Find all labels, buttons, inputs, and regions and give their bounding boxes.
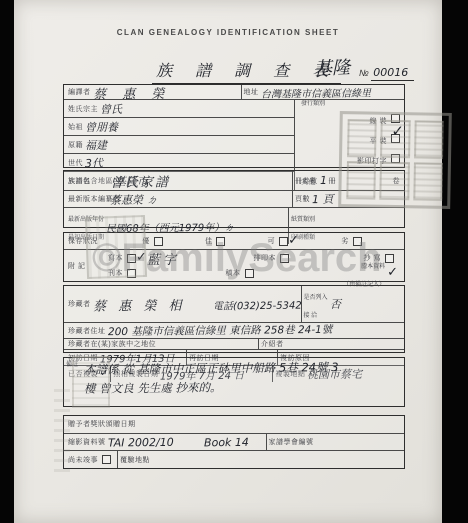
transcript-label-1: 謄本資料 bbox=[359, 264, 387, 270]
note-opt-draft: 稿本 bbox=[224, 268, 243, 278]
scan-background: CLAN GENEALOGY IDENTIFICATION SHEET 族 譜 … bbox=[0, 0, 468, 523]
origin-value: 福建 bbox=[85, 137, 107, 153]
block-archive: 贈予者獎狀頒贈日期 縮影資料號 TAI 2002/10 Book 14 家譜學會… bbox=[63, 415, 405, 469]
compiler-label: 編譯者 bbox=[66, 87, 93, 97]
pages-label: 頁數 bbox=[293, 194, 312, 204]
address-value: 台灣基隆市信義區信綠里 bbox=[260, 84, 370, 100]
no-value: 00016 bbox=[371, 66, 414, 81]
microfilm-label: 縮影資料號 bbox=[66, 437, 108, 447]
block-owner: 珍藏者 蔡 惠 榮 相 電話(032)25-5342 是否列入 接 洽 否 珍藏… bbox=[63, 285, 405, 353]
binding-opt-paperback: 平 裝 bbox=[368, 138, 389, 145]
microfilm-value: TAI 2002/10 bbox=[107, 435, 203, 449]
introducer-label: 介紹者 bbox=[259, 339, 286, 349]
listed-value: 否 bbox=[329, 296, 340, 312]
notes-label: 附 記 bbox=[66, 261, 106, 271]
ancestor-label: 始祖 bbox=[66, 122, 85, 132]
remarks-line1: 本譜係 從 基隆市中正區正砵里中船路 5巷 24號 3 bbox=[84, 358, 400, 377]
checkbox-manuscript bbox=[127, 254, 136, 263]
checkbox-printed bbox=[127, 269, 136, 278]
note-opt-printed: 刊本 bbox=[106, 268, 125, 278]
block-condition: 保存狀況 優 佳 可 ✓ 劣 附 記 寫本 ✓ 藍字 bbox=[63, 232, 405, 282]
note-opt-manuscript: 寫本 bbox=[106, 253, 125, 263]
checkbox-pending bbox=[102, 455, 111, 464]
owner-address-label: 珍藏者住址 bbox=[66, 326, 108, 336]
address-label: 地址 bbox=[242, 87, 261, 97]
fair-checkmark: ✓ bbox=[288, 237, 299, 245]
transcript-checkmark: ✓ bbox=[387, 269, 398, 277]
pages-value: 1 頁 bbox=[312, 191, 334, 207]
no-label: № bbox=[359, 68, 369, 78]
surname-value: 曾氏 bbox=[100, 100, 122, 116]
award-date-label: 贈予者獎狀頒贈日期 bbox=[66, 419, 138, 429]
owner-address-value: 200 基隆市信義區信綠里 東信路 258巷 24-1號 bbox=[107, 322, 331, 339]
cond-opt-excellent: 優 bbox=[140, 236, 152, 246]
blue-ink-note: 藍字 bbox=[147, 248, 179, 267]
origin-label: 原籍 bbox=[66, 140, 85, 150]
volumes-value: 1 bbox=[319, 174, 326, 187]
society-number-label: 家譜學會編號 bbox=[267, 437, 316, 447]
binding-type-label: 發行類別 bbox=[299, 101, 400, 108]
family-position-label: 珍藏者在(某)家族中之地位 bbox=[66, 339, 258, 349]
checkbox-draft bbox=[245, 269, 254, 278]
binding-opt-thread: 線 裝 bbox=[368, 118, 389, 125]
pending-label: 尚未竣事 bbox=[66, 455, 100, 465]
generations-value: 3代 bbox=[85, 155, 103, 171]
volumes-label: 冊卷數 bbox=[293, 176, 320, 186]
printed-header: CLAN GENEALOGY IDENTIFICATION SHEET bbox=[14, 28, 442, 37]
scroll-unit: 卷 bbox=[391, 176, 403, 186]
phone-value: 電話(032)25-5342 bbox=[212, 296, 300, 312]
publish-year-label-1: 最新出版年份 bbox=[66, 217, 106, 223]
genealogy-title-label: 族譜名 bbox=[66, 176, 110, 186]
note-opt-typeset: 排印本 bbox=[251, 253, 278, 263]
binding-opt-photocopy: 影印打字 bbox=[355, 158, 389, 165]
seal-glyph bbox=[414, 120, 444, 159]
cond-opt-poor: 劣 bbox=[339, 236, 351, 246]
book-number-value: Book 14 bbox=[203, 435, 265, 449]
remarks-label: 備註 bbox=[64, 358, 80, 406]
owner-value: 蔡 惠 榮 相 bbox=[92, 294, 212, 314]
block-edition: 族譜名 曾氏家譜 冊卷數 1 冊 卷 最新版本編纂者 蔡惠榮 ㄉ 頁數 1 頁 … bbox=[63, 170, 405, 228]
listed-label-2: 接 洽 bbox=[302, 313, 320, 319]
cond-opt-fair: 可 bbox=[266, 236, 278, 246]
paper-type-label-1: 紙質類別 bbox=[289, 217, 317, 223]
block-remarks: 備註 本譜係 從 基隆市中正區正砵里中船路 5巷 24號 3 樓 曾文良 先生處… bbox=[63, 357, 405, 407]
block-identity: 編譯者 蔡 惠 榮 地址 台灣基隆市信義區信綠里 姓氏宗主 曾氏 始祖 曾朋養 bbox=[63, 84, 405, 168]
remarks-line2: 樓 曾文良 先生處 抄來的。 bbox=[84, 377, 400, 396]
region-handwritten: 基隆 bbox=[314, 53, 351, 80]
checkbox-good bbox=[216, 237, 225, 246]
seal-glyph bbox=[413, 162, 443, 201]
document-sheet: CLAN GENEALOGY IDENTIFICATION SHEET 族 譜 … bbox=[14, 0, 442, 523]
form-number: № 00016 bbox=[359, 66, 414, 79]
newest-editor-value: 蔡惠榮 ㄉ bbox=[110, 190, 292, 208]
recheck-place-label: 覆驗地點 bbox=[118, 455, 152, 465]
condition-label: 保存狀況 bbox=[66, 236, 100, 246]
cond-opt-good: 佳 bbox=[203, 236, 215, 246]
listed-label-1: 是否列入 bbox=[302, 295, 330, 301]
checkbox-photocopy bbox=[391, 154, 400, 163]
checkbox-excellent bbox=[154, 237, 163, 246]
listed-label: 是否列入 接 洽 bbox=[302, 286, 330, 322]
newest-editor-label: 最新版本編纂者 bbox=[66, 194, 110, 204]
ancestor-value: 曾朋養 bbox=[85, 118, 118, 134]
checkbox-fair bbox=[279, 237, 288, 246]
owner-label: 珍藏者 bbox=[66, 299, 93, 309]
volume-unit: 冊 bbox=[327, 176, 339, 186]
genealogy-title-value: 曾氏家譜 bbox=[110, 170, 292, 191]
checkbox-typeset bbox=[280, 254, 289, 263]
paperback-checkmark: ✓ bbox=[391, 127, 404, 135]
generations-label: 世代 bbox=[66, 158, 85, 168]
manuscript-checkmark: ✓ bbox=[136, 254, 147, 262]
checkbox-poor bbox=[353, 237, 362, 246]
surname-label: 姓氏宗主 bbox=[66, 104, 100, 114]
